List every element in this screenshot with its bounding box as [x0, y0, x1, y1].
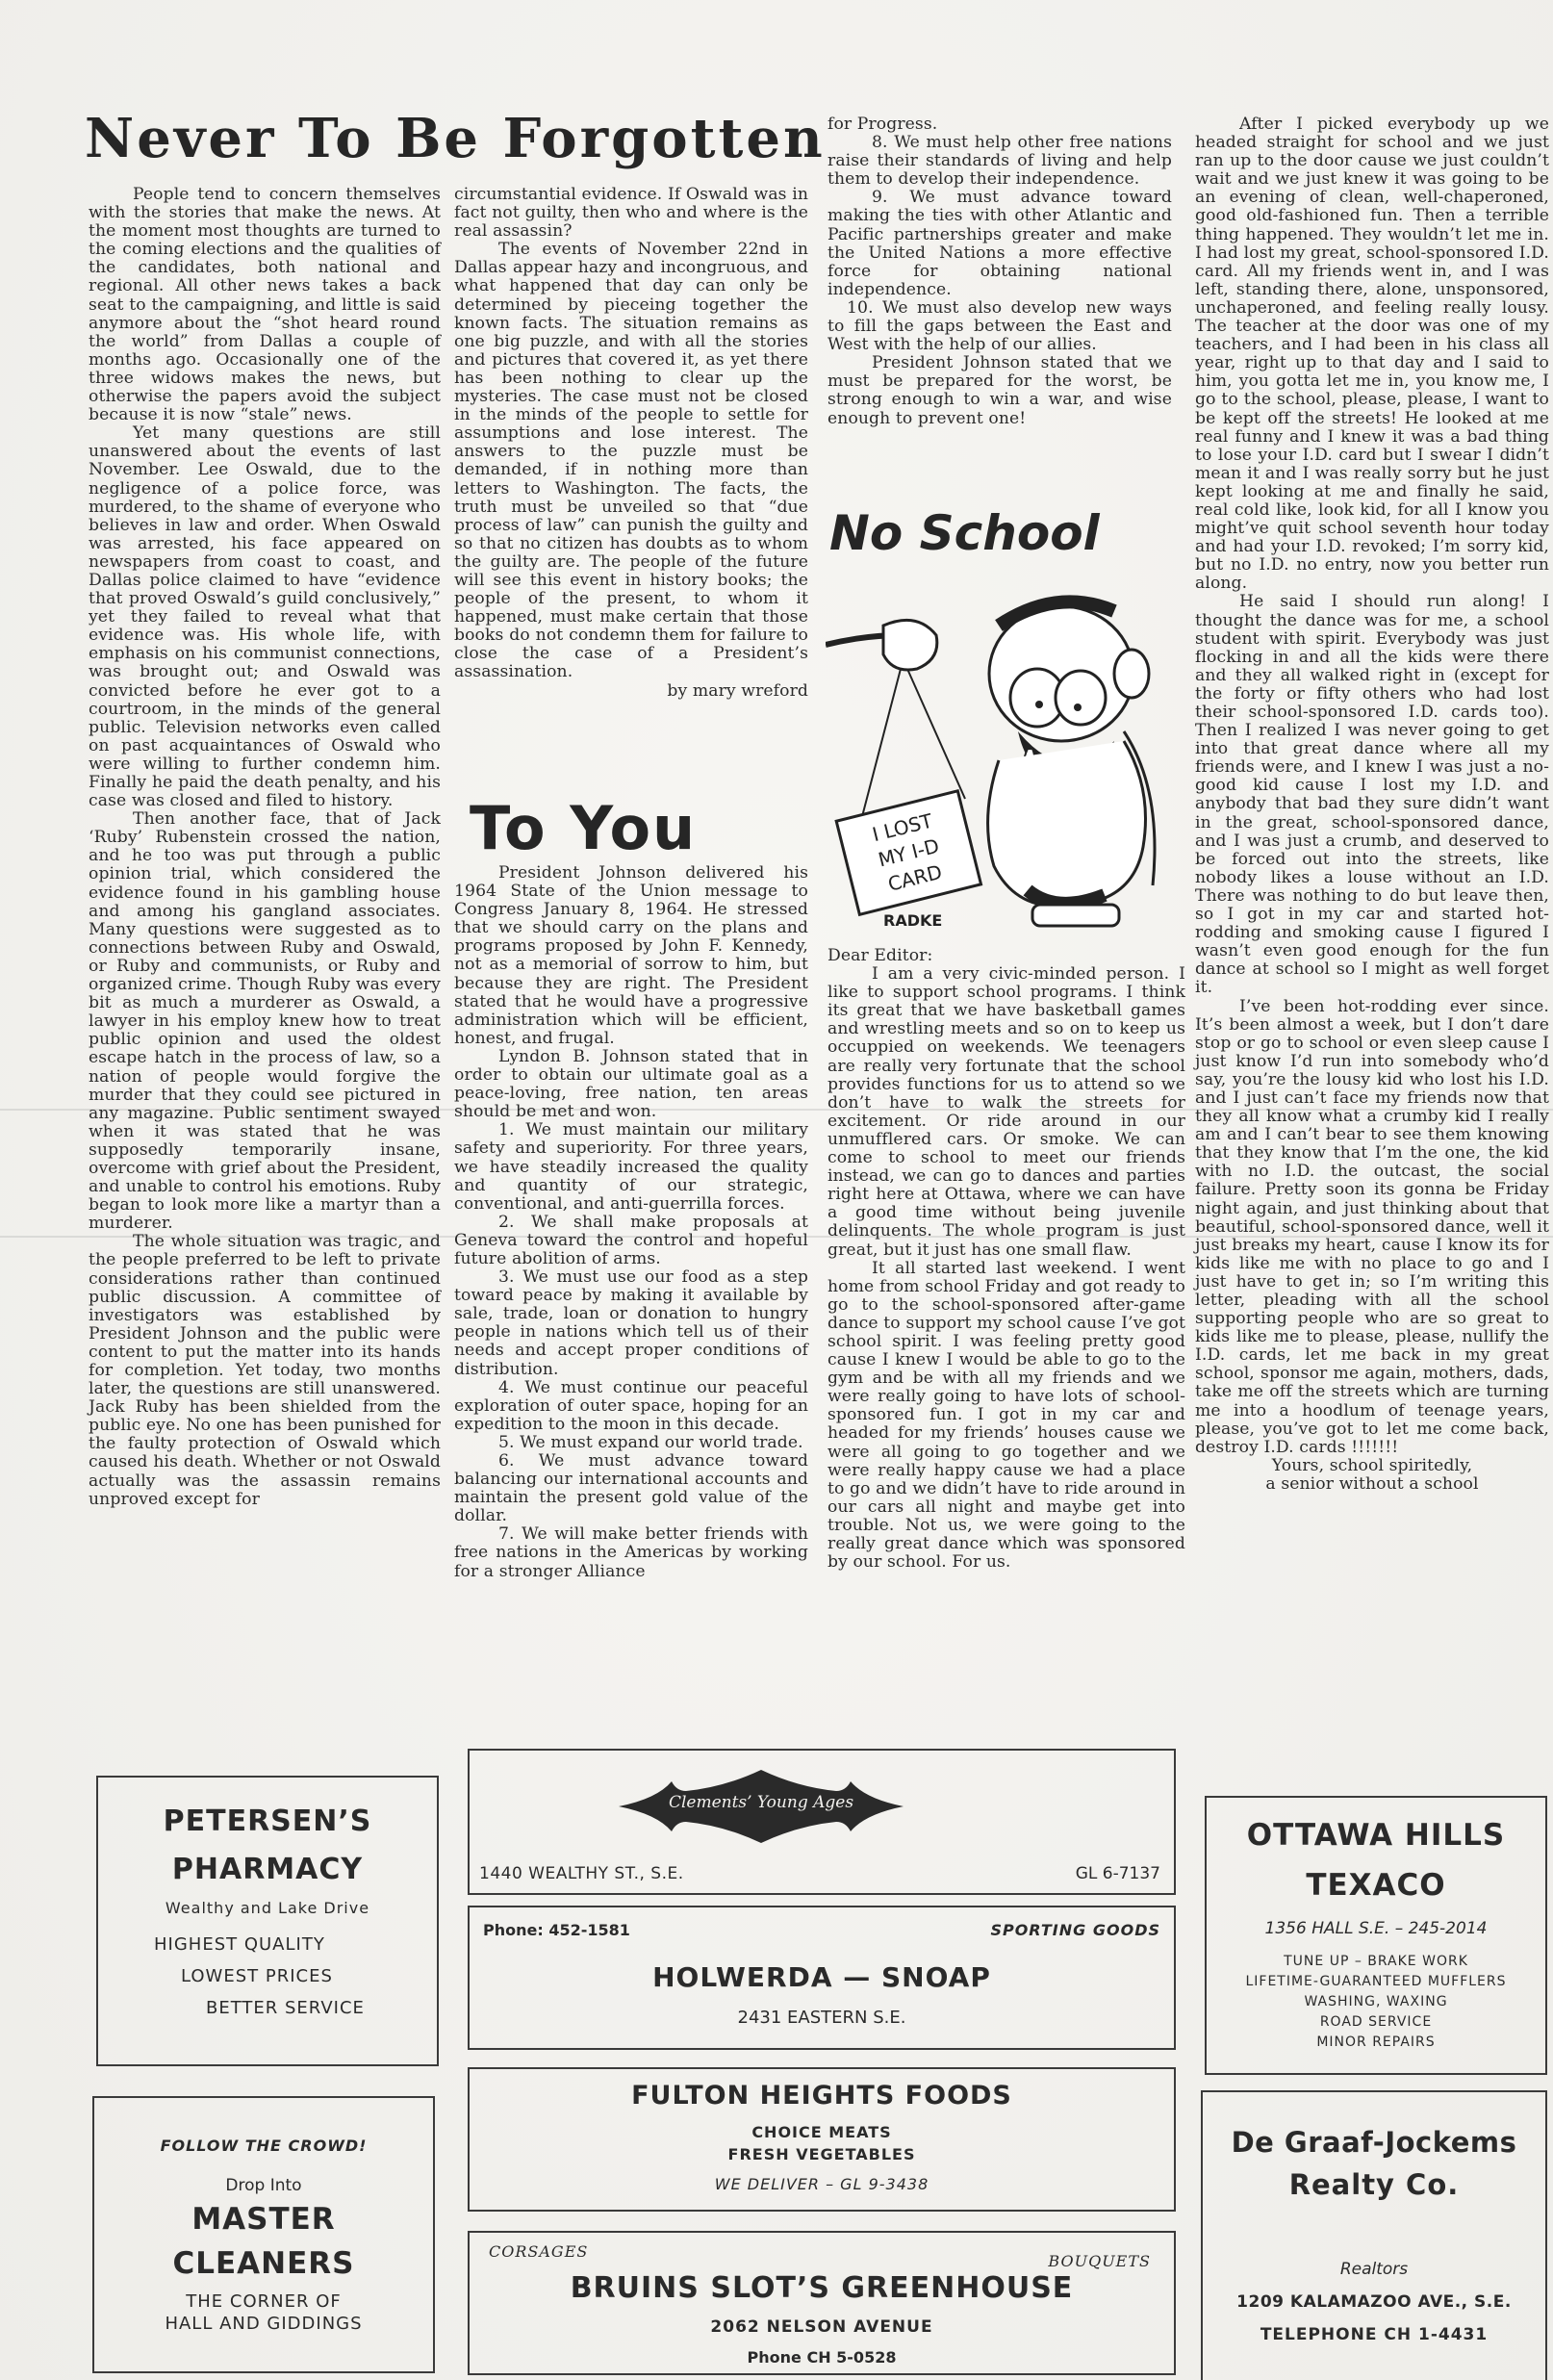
ad-title: OTTAWA HILLS: [1207, 1817, 1545, 1854]
ad-address: 1440 WEALTHY ST., S.E.: [479, 1864, 684, 1883]
ad-title: PETERSEN’S: [98, 1804, 437, 1839]
ad-title: Realty Co.: [1203, 2167, 1545, 2202]
list-item: 5. We must expand our world trade.: [454, 1434, 808, 1452]
service-item: MINOR REPAIRS: [1207, 2033, 1545, 2053]
ad-fulton-heights-foods: FULTON HEIGHTS FOODS CHOICE MEATS FRESH …: [468, 2067, 1176, 2212]
ad-line: HIGHEST QUALITY: [98, 1934, 437, 1955]
paragraph: After I picked everybody up we headed st…: [1195, 115, 1549, 593]
ad-title: PHARMACY: [98, 1853, 437, 1887]
article2-column: President Johnson delivered his 1964 Sta…: [454, 864, 808, 1581]
paragraph: He said I should run along! I thought th…: [1195, 593, 1549, 997]
ad-subtitle: Realtors: [1203, 2260, 1545, 2279]
ad-line: Drop Into: [94, 2176, 433, 2195]
ad-address: 2431 EASTERN S.E.: [470, 2008, 1174, 2028]
list-item: 1. We must maintain our military safety …: [454, 1121, 808, 1213]
letter-column-2: After I picked everybody up we headed st…: [1195, 115, 1549, 1494]
paragraph: circumstantial evidence. If Oswald was i…: [454, 186, 808, 241]
ad-line: FRESH VEGETABLES: [470, 2145, 1174, 2163]
ad-petersens-pharmacy: PETERSEN’S PHARMACY Wealthy and Lake Dri…: [96, 1776, 439, 2066]
headline-to-you: To You: [470, 795, 697, 862]
ad-address: Wealthy and Lake Drive: [98, 1899, 437, 1917]
ad-address: HALL AND GIDDINGS: [94, 2314, 433, 2334]
ad-line: BETTER SERVICE: [98, 1998, 437, 2018]
paragraph: Lyndon B. Johnson stated that in order t…: [454, 1048, 808, 1121]
list-item: 6. We must advance toward balancing our …: [454, 1452, 808, 1525]
paragraph: It all started last weekend. I went home…: [827, 1260, 1185, 1573]
paragraph: for Progress.: [827, 115, 1172, 134]
service-item: LIFETIME-GUARANTEED MUFFLERS: [1207, 1972, 1545, 1992]
article2-column-continued: for Progress. 8. We must help other free…: [827, 115, 1172, 428]
ad-services: TUNE UP – BRAKE WORK LIFETIME-GUARANTEED…: [1207, 1952, 1545, 2053]
paragraph: Yet many questions are still unanswered …: [89, 424, 441, 810]
paragraph: People tend to concern themselves with t…: [89, 186, 441, 424]
ad-title: FULTON HEIGHTS FOODS: [470, 2081, 1174, 2111]
ad-title: CLEANERS: [94, 2245, 433, 2282]
headline-never-to-be-forgotten: Never To Be Forgotten: [85, 108, 826, 169]
service-item: ROAD SERVICE: [1207, 2012, 1545, 2033]
ad-master-cleaners: FOLLOW THE CROWD! Drop Into MASTER CLEAN…: [92, 2096, 435, 2373]
paragraph: I’ve been hot-rodding ever since. It’s b…: [1195, 998, 1549, 1457]
ad-line: LOWEST PRICES: [98, 1966, 437, 1986]
ad-title: BRUINS SLOT’S GREENHOUSE: [470, 2271, 1174, 2305]
list-item: 8. We must help other free nations raise…: [827, 134, 1172, 189]
ad-category: BOUQUETS: [1048, 2252, 1151, 2270]
cartoon-character-icon: I LOST MY I-D CARD RADKE: [826, 568, 1182, 934]
list-item: 3. We must use our food as a step toward…: [454, 1268, 808, 1379]
ad-phone: WE DELIVER – GL 9-3438: [470, 2175, 1174, 2193]
ad-address: 1209 KALAMAZOO AVE., S.E.: [1203, 2292, 1545, 2312]
paragraph: The whole situation was tragic, and the …: [89, 1233, 441, 1508]
list-item: 10. We must also develop new ways to fil…: [827, 299, 1172, 354]
ad-tagline: FOLLOW THE CROWD!: [94, 2137, 433, 2155]
service-item: TUNE UP – BRAKE WORK: [1207, 1952, 1545, 1972]
closing: Yours, school spiritedly,: [1195, 1457, 1549, 1475]
ad-category: SPORTING GOODS: [990, 1921, 1160, 1939]
ad-title: Clements’ Young Ages: [619, 1793, 904, 1812]
svg-text:RADKE: RADKE: [883, 911, 942, 930]
cartoon-illustration: I LOST MY I-D CARD RADKE: [826, 568, 1182, 934]
ad-title: TEXACO: [1207, 1867, 1545, 1904]
ad-category: CORSAGES: [489, 2242, 588, 2261]
article1-column-1: People tend to concern themselves with t…: [89, 186, 441, 1509]
ad-address: THE CORNER OF: [94, 2291, 433, 2312]
ad-holwerda-snoap: Phone: 452-1581 SPORTING GOODS HOLWERDA …: [468, 1906, 1176, 2050]
clements-logo-badge: Clements’ Young Ages: [619, 1770, 904, 1843]
service-item: WASHING, WAXING: [1207, 1992, 1545, 2012]
ad-address: 2062 NELSON AVENUE: [470, 2317, 1174, 2337]
ad-phone: GL 6-7137: [1076, 1864, 1160, 1883]
paragraph: President Johnson stated that we must be…: [827, 354, 1172, 427]
paragraph: President Johnson delivered his 1964 Sta…: [454, 864, 808, 1048]
letter-column-1: Dear Editor: I am a very civic-minded pe…: [827, 947, 1185, 1572]
ad-bruins-slots-greenhouse: CORSAGES BOUQUETS BRUINS SLOT’S GREENHOU…: [468, 2231, 1176, 2375]
article1-column-2: circumstantial evidence. If Oswald was i…: [454, 186, 808, 701]
list-item: 4. We must continue our peaceful explora…: [454, 1379, 808, 1434]
newspaper-page: Never To Be Forgotten People tend to con…: [0, 0, 1553, 2380]
ad-phone: Phone CH 5-0528: [470, 2348, 1174, 2367]
ad-phone: Phone: 452-1581: [483, 1921, 630, 1939]
paragraph: I am a very civic-minded person. I like …: [827, 965, 1185, 1260]
ad-address: 1356 HALL S.E. – 245-2014: [1207, 1919, 1545, 1938]
headline-no-school: No School: [829, 504, 1100, 562]
paragraph: Then another face, that of Jack ‘Ruby’ R…: [89, 810, 441, 1233]
ad-clements-young-ages: Clements’ Young Ages 1440 WEALTHY ST., S…: [468, 1749, 1176, 1895]
list-item: 9. We must advance toward making the tie…: [827, 189, 1172, 299]
signature: a senior without a school: [1195, 1475, 1549, 1494]
ad-title: De Graaf-Jockems: [1203, 2125, 1545, 2160]
ad-title: MASTER: [94, 2201, 433, 2238]
ad-degraaf-jockems-realty: De Graaf-Jockems Realty Co. Realtors 120…: [1201, 2090, 1547, 2380]
ad-title: HOLWERDA — SNOAP: [470, 1961, 1174, 1993]
salutation: Dear Editor:: [827, 947, 1185, 965]
ad-ottawa-hills-texaco: OTTAWA HILLS TEXACO 1356 HALL S.E. – 245…: [1205, 1796, 1547, 2075]
list-item: 2. We shall make proposals at Geneva tow…: [454, 1214, 808, 1268]
ad-line: CHOICE MEATS: [470, 2123, 1174, 2141]
list-item: 7. We will make better friends with free…: [454, 1525, 808, 1580]
byline: by mary wreford: [454, 682, 808, 701]
paragraph: The events of November 22nd in Dallas ap…: [454, 241, 808, 681]
ad-phone: TELEPHONE CH 1-4431: [1203, 2325, 1545, 2344]
